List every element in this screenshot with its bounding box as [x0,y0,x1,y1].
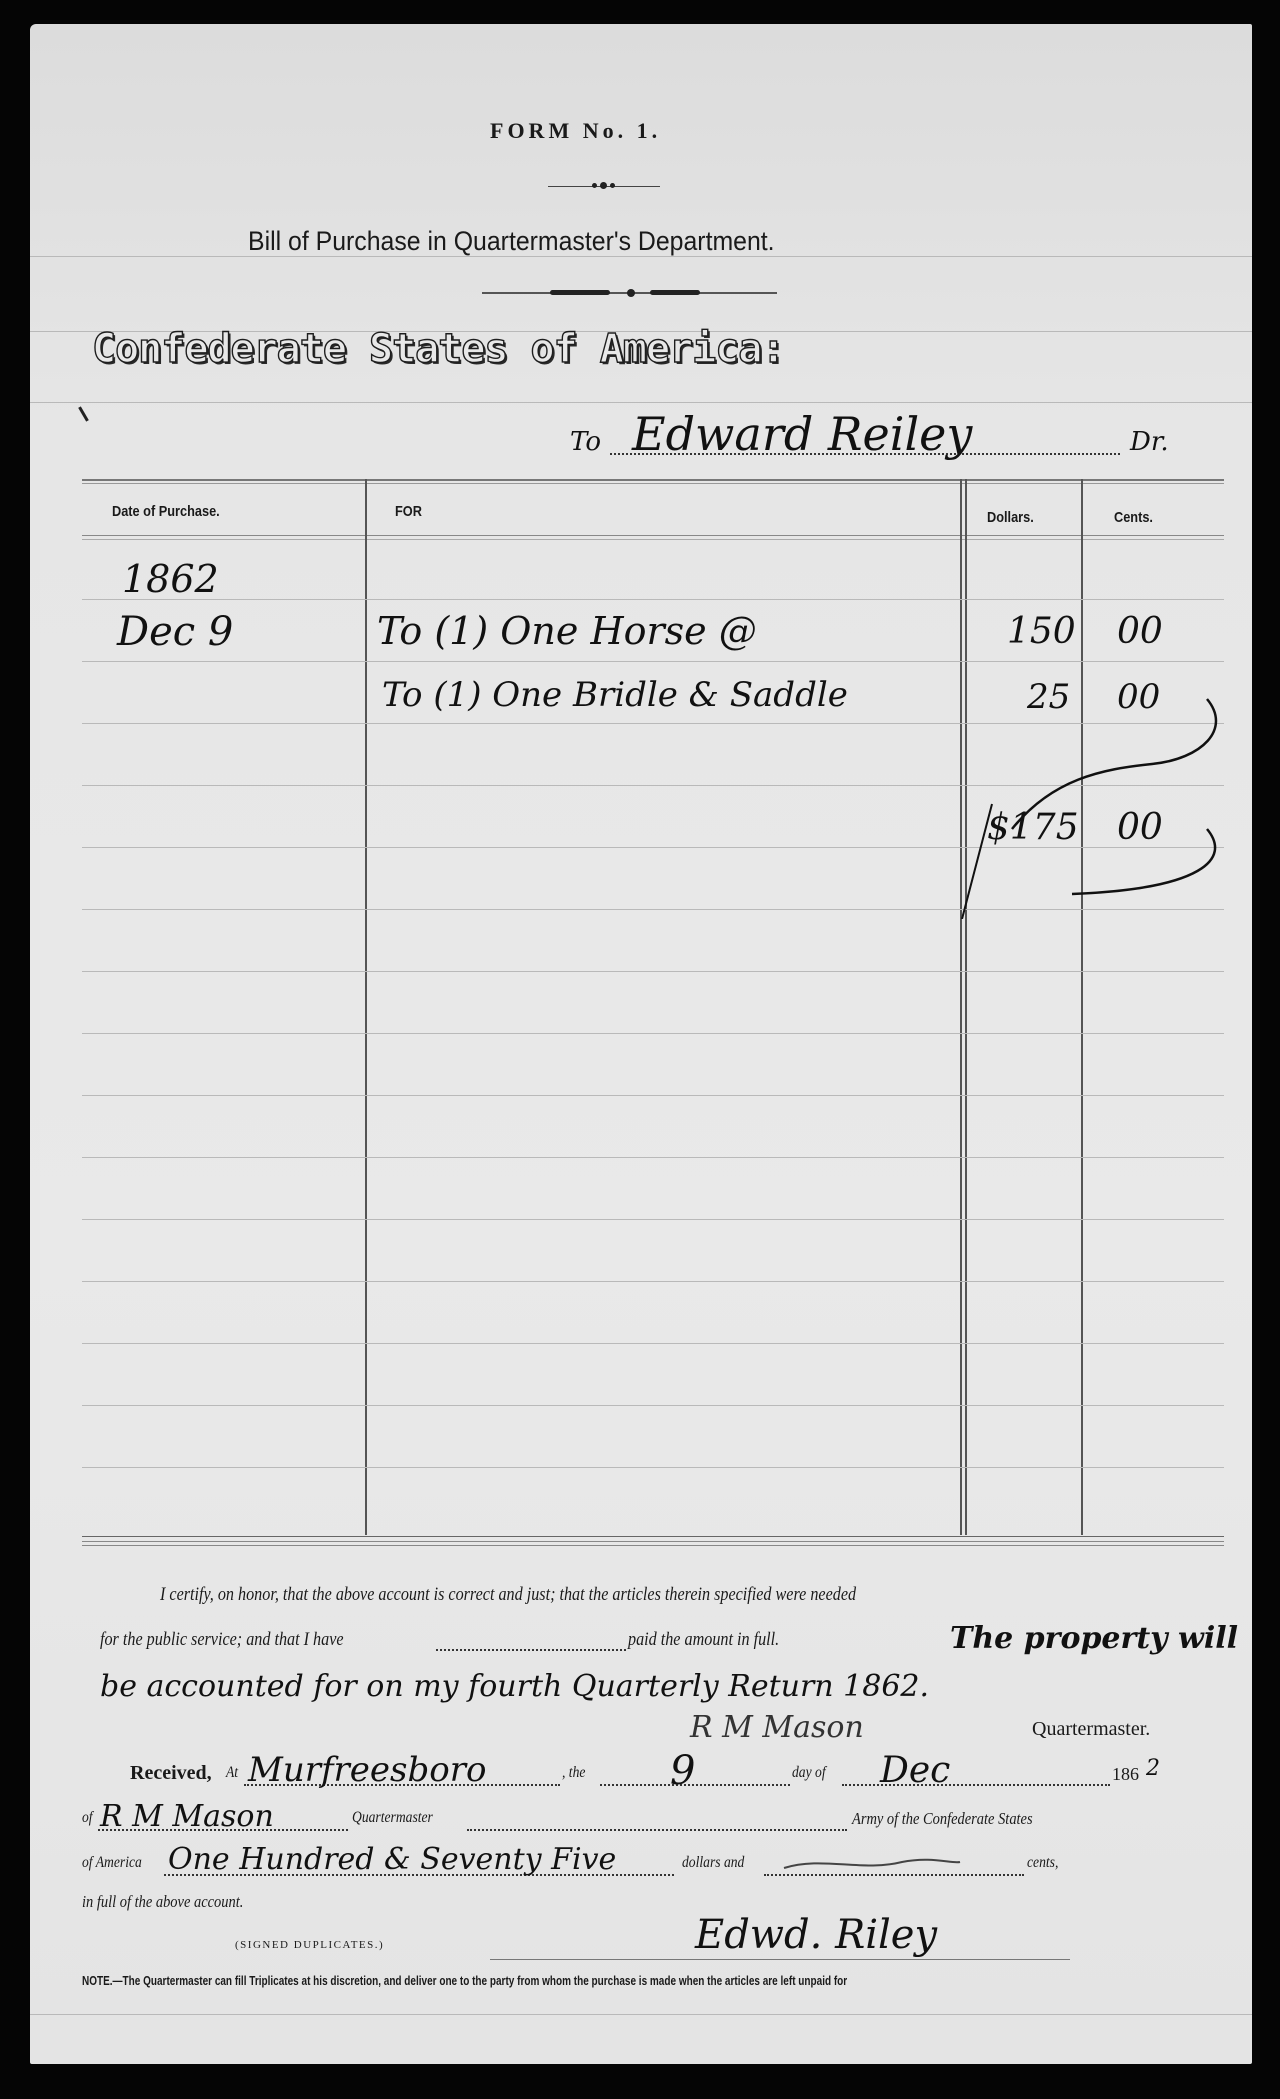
header-for: FOR [395,503,422,520]
payee-signature: Edwd. Riley [695,1912,937,1958]
receipt-day: 9 [670,1748,695,1794]
bill-of-purchase-document: FORM No. 1. Bill of Purchase in Quarterm… [30,24,1252,2064]
header-cents: Cents. [1114,509,1153,526]
cents-dash [782,1854,962,1874]
certification-line-1: I certify, on honor, that the above acco… [160,1584,856,1606]
table-total-row: $175 00 [82,807,1224,863]
received-line: Received, At Murfreesboro , the 9 day of… [130,1754,1240,1798]
total-cents: 00 [1117,807,1163,848]
header-date-of-purchase: Date of Purchase. [112,503,220,520]
certification-line-2: for the public service; and that I have … [100,1629,1250,1669]
receipt-amount-words: One Hundred & Seventy Five [168,1842,616,1877]
handwritten-note-2: be accounted for on my fourth Quarterly … [100,1669,929,1704]
form-subtitle: Bill of Purchase in Quartermaster's Depa… [248,226,775,257]
table-row: Dec 9 To (1) One Horse @ 150 00 [82,609,1224,665]
quartermaster-title: Quartermaster. [1032,1718,1150,1741]
form-number-title: FORM No. 1. [490,118,661,144]
handwritten-note-1: The property will [950,1621,1238,1656]
row-description: To (1) One Horse @ [377,609,757,653]
receipt-quartermaster-name: R M Mason [100,1799,274,1834]
receipt-place: Murfreesboro [248,1750,486,1790]
purchase-year: 1862 [122,557,219,601]
of-quartermaster-line: of R M Mason Quartermaster Army of the C… [82,1801,1242,1841]
row-cents: 00 [1117,611,1163,652]
stray-mark [78,406,89,421]
row-description: To (1) One Bridle & Saddle [382,675,848,715]
quartermaster-signature: R M Mason [690,1710,864,1745]
signed-duplicates: (SIGNED DUPLICATES.) [235,1939,384,1951]
row-date: Dec 9 [117,609,233,655]
row-dollars: 150 [1007,611,1076,652]
total-flourish [902,689,1232,919]
receipt-month: Dec [880,1750,950,1791]
header-dollars: Dollars. [987,509,1034,526]
payee-name: Edward Reiley [632,407,972,461]
receipt-year-suffix: 2 [1146,1756,1160,1781]
payee-signature-line [490,1959,1070,1960]
government-heading: Confederate States of America: [92,326,784,372]
amount-words-line: of America One Hundred & Seventy Five do… [82,1846,1242,1886]
payee-line: To Edward Reiley Dr. [570,409,1210,469]
total-dollars: $175 [987,807,1079,848]
footer-note: NOTE.—The Quartermaster can fill Triplic… [82,1974,847,1988]
in-full-text: in full of the above account. [82,1892,243,1912]
to-prefix: To [570,427,601,457]
dr-suffix: Dr. [1130,427,1169,457]
purchase-table: Date of Purchase. FOR Dollars. Cents. 18… [82,479,1224,1579]
